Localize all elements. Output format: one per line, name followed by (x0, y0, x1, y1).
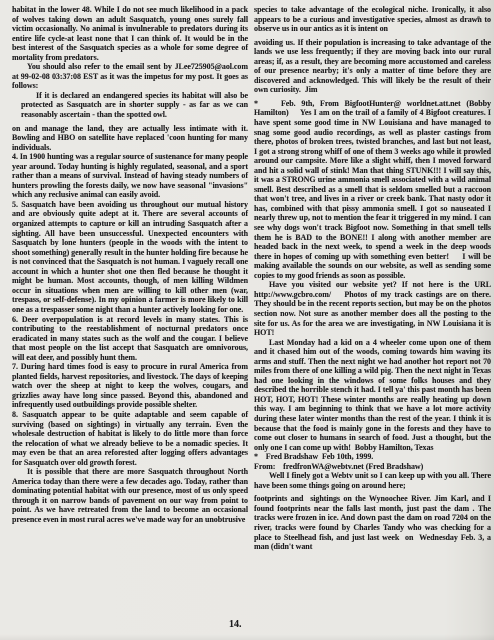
paragraph: 6. Deer overpopulation is at record leve… (12, 315, 248, 363)
paragraph: habitat in the lower 48. While I do not … (12, 5, 248, 62)
left-column: habitat in the lower 48. While I do not … (12, 5, 248, 525)
scan-speck (477, 16, 480, 20)
scan-edge-shadow (0, 634, 494, 640)
scan-speck (489, 48, 491, 51)
paragraph: on and manage the land, they are actuall… (12, 124, 248, 153)
paragraph: * Fred Bradshaw Feb 10th, 1999. (254, 452, 491, 462)
paragraph: footprints and sightings on the Wynooche… (254, 494, 491, 551)
paragraph: You should also refer to the email sent … (12, 62, 248, 91)
paragraph: species to take advantage of the ecologi… (254, 5, 491, 34)
paragraph: 4. In 1900 hunting was a regular source … (12, 152, 248, 200)
paragraph: * Feb. 9th, From BigfootHunter@ worldnet… (254, 99, 491, 280)
paragraph: Well I finely got a Webtv unit so I can … (254, 471, 491, 490)
paragraph: Last Monday had a kid on a 4 wheeler com… (254, 338, 491, 453)
paragraph: From: fredfronWA@webtv.net (Fred Bradsha… (254, 462, 491, 472)
page-number: 14. (229, 619, 242, 630)
right-column: species to take advantage of the ecologi… (254, 5, 491, 552)
paragraph: It is possible that there are more Sasqu… (12, 467, 248, 524)
paragraph: avoiding us. If their population is incr… (254, 38, 491, 95)
paragraph: 8. Sasquatch appear to be quite adaptabl… (12, 410, 248, 467)
paragraph: Have you visited our website yet? If not… (254, 280, 491, 337)
paragraph: 5. Sasquatch have been avoiding us throu… (12, 200, 248, 315)
paragraph: If it is declared an endangered species … (21, 91, 248, 120)
document-page: habitat in the lower 48. While I do not … (0, 0, 494, 640)
paragraph: 7. During hard times food is easy to pro… (12, 362, 248, 410)
